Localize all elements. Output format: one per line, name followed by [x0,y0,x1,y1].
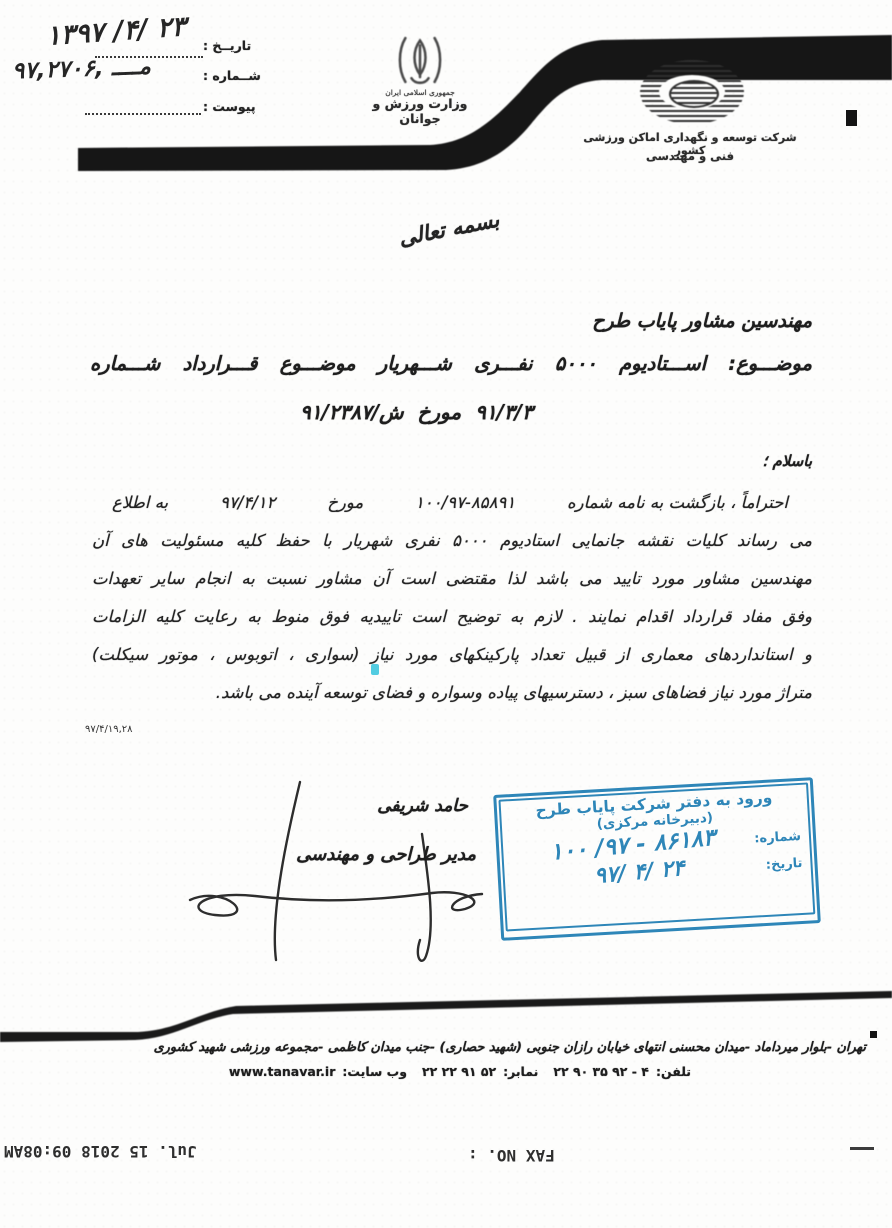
header-swoosh-band [0,0,892,200]
referenced-letter-number: ۱۰۰/۹۷-۸۵۸۹۱ [415,490,515,516]
dated-word: مورخ [417,400,461,424]
subject-line2: ۹۱/۲۳۸۷/ ش مورخ ۹۱/۳/۳ [300,400,662,424]
company-logo-inner-oval [669,80,719,108]
fax-value: ۲۲ ۲۲ ۹۱ ۵۲ [422,1064,496,1079]
contract-date: ۹۱/۳/۳ [475,400,533,424]
body-line1-closing: به اطلاع [112,490,168,516]
company-name-line2: فنی و مهندسی [575,149,805,163]
body-line-2: می رساند کلیات نقشه جانمایی استادیوم ۵۰۰… [92,528,812,554]
contract-number: ۹۱/۲۳۸۷/ [300,400,379,424]
body-line1-opening: احتراماً ، بازگشت به نامه شماره [567,490,788,516]
stamp-date-label: تاریخ: [765,856,802,873]
scan-punch-mark [846,110,857,126]
fax-number-label: FAX NO. : [468,1146,555,1165]
recipient-line: مهندسین مشاور پایاب طرح [592,310,812,332]
receipt-stamp: ورود به دفتر شرکت پایاب طرح (دبیرخانه مر… [493,777,821,941]
cyan-scan-mark [371,664,379,675]
fax-timestamp: Jul. 15 2018 09:08AM [4,1142,197,1161]
salutation-line: باسلام ؛ [762,452,812,470]
fax-label: نمابر: [503,1064,538,1079]
scanned-letter-page: تاریــخ : ۱۳۹۷ /۴/ ۲۳ شــماره : مــــ ,۹… [0,0,892,1228]
besmele-calligraphy: بسمه تعالی [397,207,501,251]
footer-bullet [870,1031,877,1038]
contract-number-suffix: ش [379,400,403,424]
subject-line1: موضـــوع: اســـتادیوم ۵۰۰۰ نفـــری شـــه… [90,352,812,375]
body-line-1: احتراماً ، بازگشت به نامه شماره ۱۰۰/۹۷-۸… [112,490,788,516]
footer-address: تهران -بلوار میرداماد -میدان محسنی انتها… [70,1040,866,1055]
company-logo-icon [640,60,744,124]
phone-label: تلفن: [656,1064,691,1079]
body-line1-dated-word: مورخ [327,490,363,516]
fax-dash-mark [850,1147,874,1150]
body-line-4: وفق مفاد قرارداد اقدام نمایند . لازم به … [92,604,812,630]
body-line-6: متراژ مورد نیاز فضاهای سبز ، دسترسیهای پ… [92,680,812,706]
website-label: وب سایت: [342,1064,407,1079]
body-line-3: مهندسین مشاور مورد تایید می باشد لذا مقت… [92,566,812,592]
footer-contact-line: تلفن: ۲۲ ۹۰ ۳۵ ۹۲ - ۴ نمابر: ۲۲ ۲۲ ۹۱ ۵۲… [213,1064,691,1079]
typist-note: ۹۷/۴/۱۹,۲۸ [85,724,133,735]
body-line-5: و استانداردهای معماری از قبیل تعداد پارک… [92,642,812,668]
handwritten-signature [170,772,500,972]
phone-value: ۲۲ ۹۰ ۳۵ ۹۲ - ۴ [553,1064,649,1079]
website-value: www.tanavar.ir [229,1064,336,1079]
referenced-letter-date: ۹۷/۴/۱۲ [220,490,275,516]
stamp-number-label: شماره: [754,828,802,846]
